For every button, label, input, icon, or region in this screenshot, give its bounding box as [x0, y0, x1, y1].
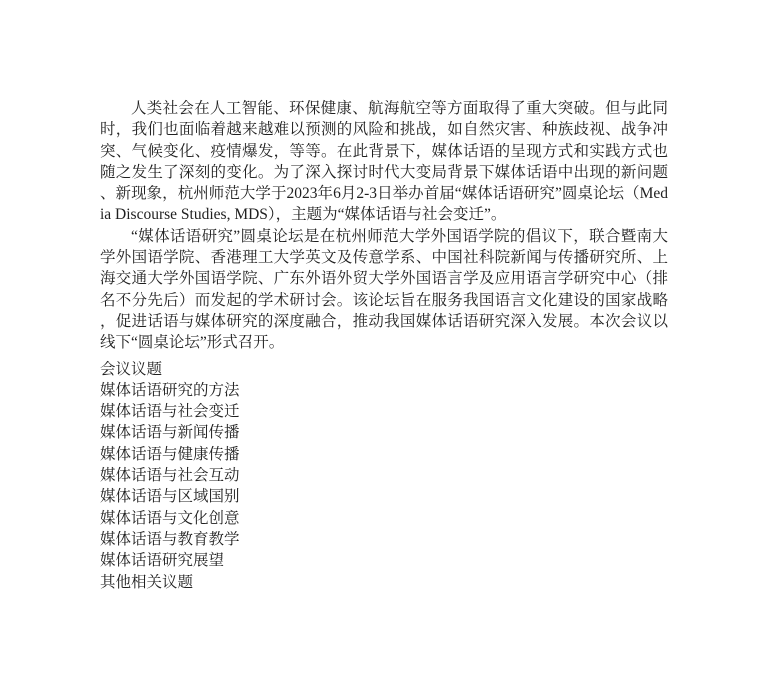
agenda-item: 媒体话语与新闻传播 — [100, 422, 668, 443]
paragraph-line: 随之发生了深刻的变化。为了深入探讨时代大变局背景下媒体话语中出现的新问题 — [100, 162, 668, 183]
paragraph-line: 时，我们也面临着越来越难以预测的风险和挑战，如自然灾害、种族歧视、战争冲 — [100, 119, 668, 140]
paragraph-line: 线下“圆桌论坛”形式召开。 — [100, 332, 668, 353]
agenda-item: 媒体话语与区域国别 — [100, 486, 668, 507]
paragraph-line: 、新现象，杭州师范大学于2023年6月2-3日举办首届“媒体话语研究”圆桌论坛（… — [100, 183, 668, 204]
agenda-item: 媒体话语研究展望 — [100, 550, 668, 571]
agenda-item: 媒体话语与社会变迁 — [100, 401, 668, 422]
document-body: 人类社会在人工智能、环保健康、航海航空等方面取得了重大突破。但与此同 时，我们也… — [100, 98, 668, 593]
agenda-heading: 会议议题 — [100, 359, 668, 380]
agenda-item: 媒体话语与健康传播 — [100, 444, 668, 465]
paragraph-line: 突、气候变化、疫情爆发，等等。在此背景下，媒体话语的呈现方式和实践方式也 — [100, 141, 668, 162]
document-page: 人类社会在人工智能、环保健康、航海航空等方面取得了重大突破。但与此同 时，我们也… — [0, 0, 768, 680]
paragraph-line: 人类社会在人工智能、环保健康、航海航空等方面取得了重大突破。但与此同 — [100, 98, 668, 119]
agenda-item: 其他相关议题 — [100, 572, 668, 593]
agenda-item: 媒体话语研究的方法 — [100, 380, 668, 401]
intro-paragraph: 人类社会在人工智能、环保健康、航海航空等方面取得了重大突破。但与此同 时，我们也… — [100, 98, 668, 226]
agenda-item: 媒体话语与文化创意 — [100, 508, 668, 529]
paragraph-line: 海交通大学外国语学院、广东外语外贸大学外国语言学及应用语言学研究中心（排 — [100, 268, 668, 289]
paragraph-line: 名不分先后）而发起的学术研讨会。该论坛旨在服务我国语言文化建设的国家战略 — [100, 290, 668, 311]
forum-description-paragraph: “媒体话语研究”圆桌论坛是在杭州师范大学外国语学院的倡议下，联合暨南大 学外国语… — [100, 226, 668, 354]
agenda-section: 会议议题 媒体话语研究的方法 媒体话语与社会变迁 媒体话语与新闻传播 媒体话语与… — [100, 359, 668, 593]
agenda-item: 媒体话语与教育教学 — [100, 529, 668, 550]
paragraph-line: ia Discourse Studies, MDS），主题为“媒体话语与社会变迁… — [100, 204, 668, 225]
paragraph-line: 学外国语学院、香港理工大学英文及传意学系、中国社科院新闻与传播研究所、上 — [100, 247, 668, 268]
paragraph-line: “媒体话语研究”圆桌论坛是在杭州师范大学外国语学院的倡议下，联合暨南大 — [100, 226, 668, 247]
agenda-item: 媒体话语与社会互动 — [100, 465, 668, 486]
paragraph-line: ，促进话语与媒体研究的深度融合，推动我国媒体话语研究深入发展。本次会议以 — [100, 311, 668, 332]
